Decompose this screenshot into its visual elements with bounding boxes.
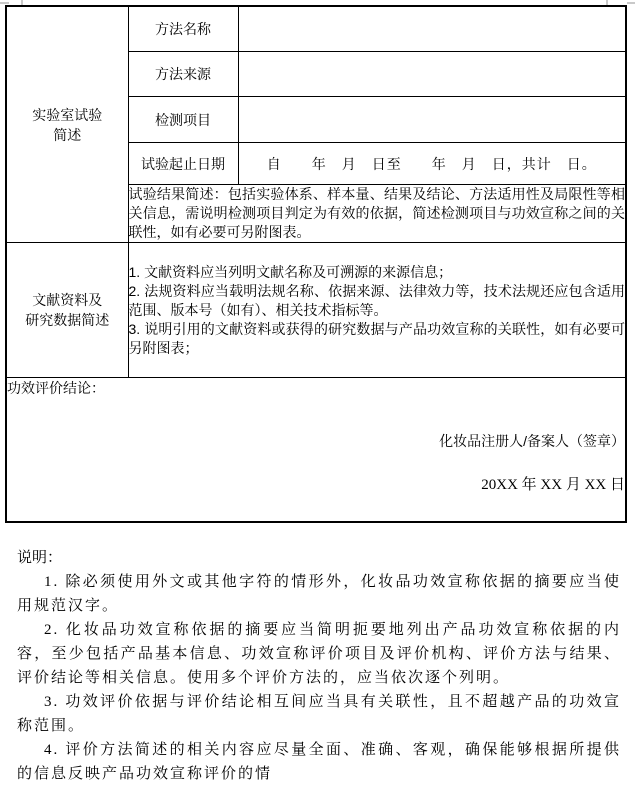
method-name-input-cell[interactable] [238,6,626,52]
notes-section: 说明： 1. 除必须使用外文或其他字符的情形外，化妆品功效宣称依据的摘要应当使用… [17,546,621,786]
table-row: 实验室试验 简述 方法名称 [6,6,626,52]
note-item-3: 3. 功效评价依据与评价结论相互间应当具有关联性，且不超越产品的功效宣称范围。 [17,690,621,738]
literature-item-3: 3. 说明引用的文献资料或获得的研究数据与产品功效宣称的关联性，如有必要可另附图… [129,320,626,358]
literature-header-line2: 研究数据简述 [7,310,128,330]
test-result-summary-cell: 试验结果简述：包括实验体系、样本量、结果及结论、方法适用性及局限性等相关信息，需… [128,185,626,243]
lab-test-header-line2: 简述 [7,125,128,145]
lab-test-section-header: 实验室试验 简述 [6,6,128,243]
document-page: 实验室试验 简述 方法名称 方法来源 检测项目 试验起止日期 自 年 月 日至 … [0,0,635,793]
test-items-input-cell[interactable] [238,97,626,143]
test-date-range-input-cell[interactable]: 自 年 月 日至 年 月 日，共计 日。 [238,143,626,185]
literature-requirements-cell: 1. 文献资料应当列明文献名称及可溯源的来源信息； 2. 法规资料应当载明法规名… [128,243,626,378]
table-row: 文献资料及 研究数据简述 1. 文献资料应当列明文献名称及可溯源的来源信息； 2… [6,243,626,378]
conclusion-cell[interactable]: 功效评价结论： 化妆品注册人/备案人（签章） 20XX 年 XX 月 XX 日 [6,378,626,523]
page-edge-artifact [627,2,635,4]
literature-item-2: 2. 法规资料应当载明法规名称、依据来源、法律效力等，技术法规还应包含适用范围、… [129,282,626,320]
note-item-2: 2. 化妆品功效宣称依据的摘要应当简明扼要地列出产品功效宣称依据的内容，至少包括… [17,618,621,690]
method-source-label: 方法来源 [128,52,238,97]
method-source-input-cell[interactable] [238,52,626,97]
signature-date-line: 20XX 年 XX 月 XX 日 [7,473,625,494]
lab-test-header-line1: 实验室试验 [7,105,128,125]
conclusion-label: 功效评价结论： [7,378,625,398]
test-items-label: 检测项目 [128,97,238,143]
note-item-4: 4. 评价方法简述的相关内容应尽量全面、准确、客观，确保能够根据所提供的信息反映… [17,738,621,786]
note-item-1: 1. 除必须使用外文或其他字符的情形外，化妆品功效宣称依据的摘要应当使用规范汉字… [17,570,621,618]
literature-header-line1: 文献资料及 [7,290,128,310]
efficacy-claim-summary-table: 实验室试验 简述 方法名称 方法来源 检测项目 试验起止日期 自 年 月 日至 … [5,5,627,523]
table-row: 功效评价结论： 化妆品注册人/备案人（签章） 20XX 年 XX 月 XX 日 [6,378,626,523]
method-name-label: 方法名称 [128,6,238,52]
test-date-range-label: 试验起止日期 [128,143,238,185]
page-edge-artifact [0,2,9,4]
registrant-signature-line: 化妆品注册人/备案人（签章） [7,431,625,451]
notes-title: 说明： [17,546,621,570]
literature-section-header: 文献资料及 研究数据简述 [6,243,128,378]
literature-item-1: 1. 文献资料应当列明文献名称及可溯源的来源信息； [129,263,626,282]
